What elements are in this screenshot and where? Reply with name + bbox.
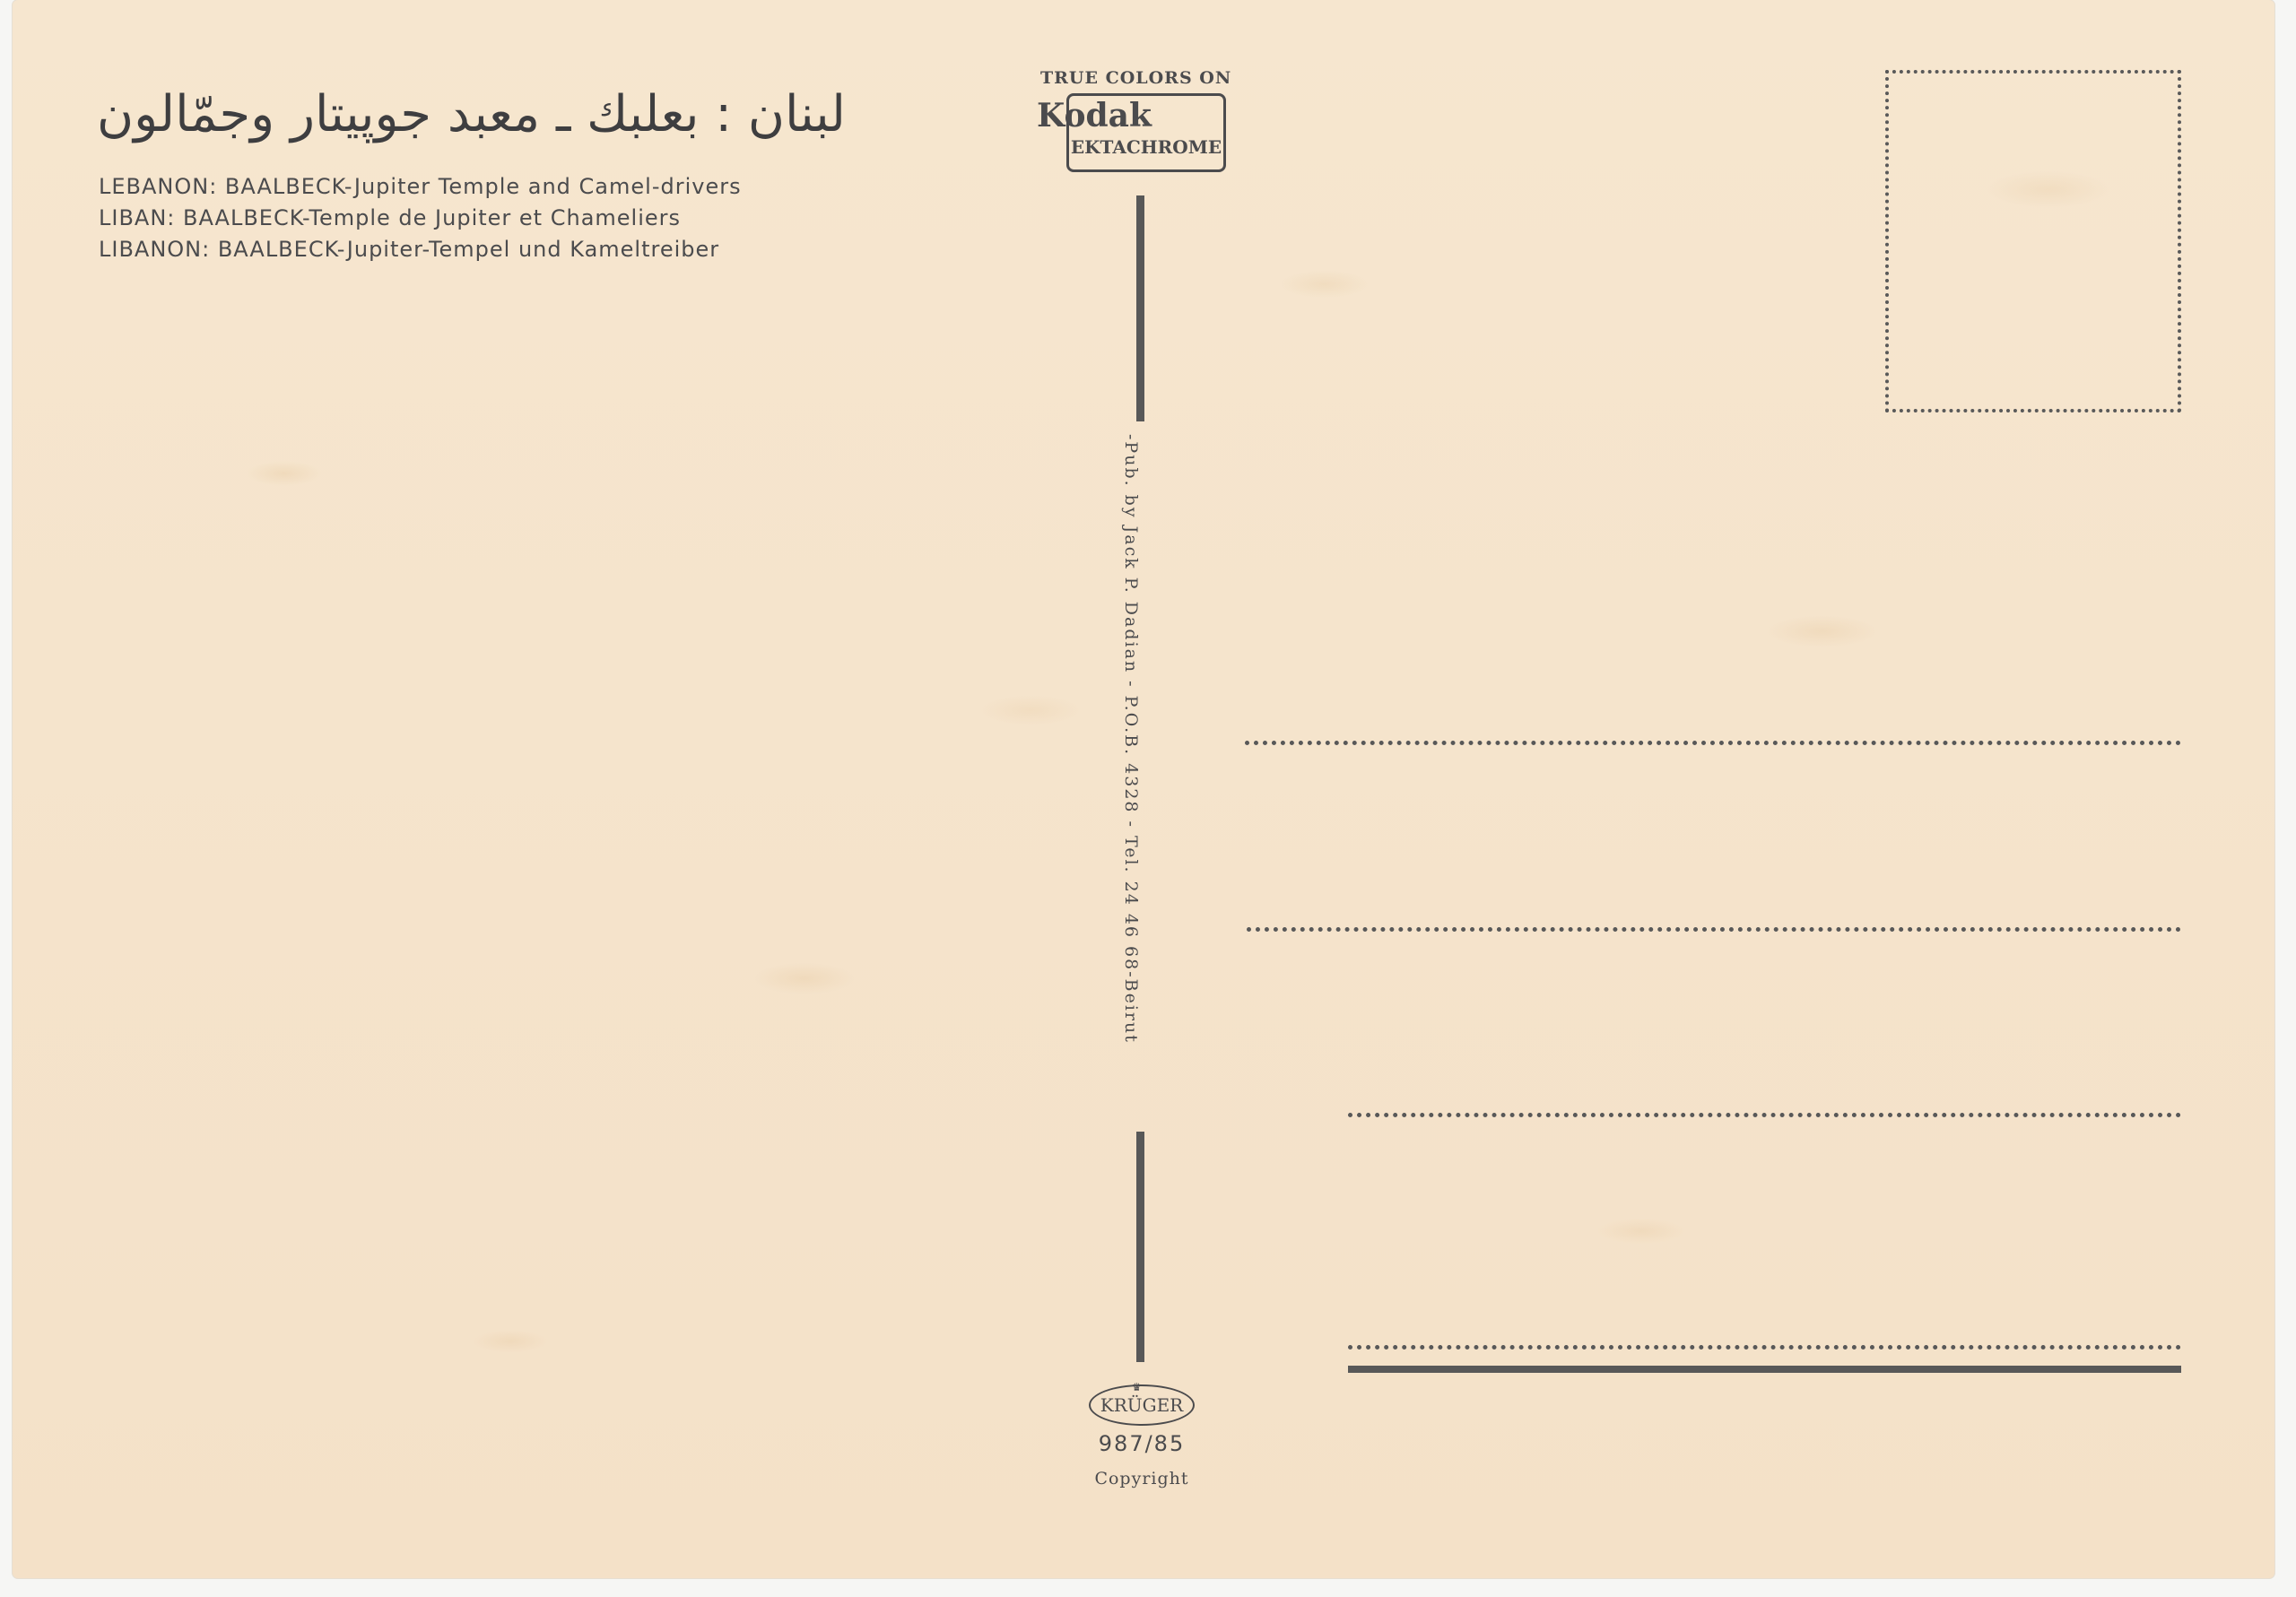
publisher-line: -Pub. by Jack P. Dadian - P.O.B. 4328 - …	[1121, 434, 1141, 1044]
address-line-1	[1245, 741, 2181, 745]
kodak-logo-icon: Kodak	[1037, 97, 1152, 135]
caption-english: LEBANON: BAALBECK-Jupiter Temple and Cam…	[99, 174, 742, 199]
arabic-title: لبنان : بعلبك ـ معبد جوپيتار وجمّالون	[97, 79, 958, 151]
stamp-placeholder	[1885, 70, 2181, 412]
address-underline	[1348, 1366, 2181, 1373]
address-line-4	[1348, 1345, 2181, 1350]
address-line-3	[1348, 1113, 2181, 1117]
film-product: EKTACHROME	[1069, 136, 1223, 158]
divider-bar-top	[1136, 195, 1144, 421]
copyright-label: Copyright	[1076, 1469, 1207, 1489]
address-line-2	[1247, 927, 2181, 932]
serial-number: 987/85	[1076, 1431, 1207, 1456]
caption-german: LIBANON: BAALBECK-Jupiter-Tempel und Kam…	[99, 237, 719, 262]
divider-bar-bottom	[1136, 1132, 1144, 1362]
kruger-logo-text: KRÜGER	[1100, 1394, 1184, 1416]
caption-french: LIBAN: BAALBECK-Temple de Jupiter et Cha…	[99, 205, 681, 230]
kruger-logo-icon: KRÜGER	[1089, 1384, 1195, 1426]
film-tagline: TRUE COLORS ON	[1040, 68, 1231, 88]
